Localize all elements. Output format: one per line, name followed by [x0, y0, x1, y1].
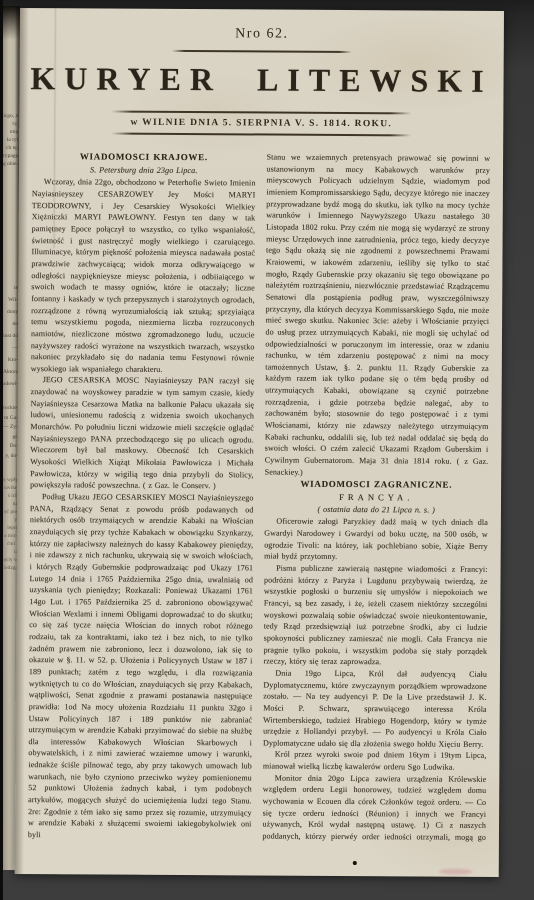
paper-stain	[439, 869, 473, 875]
spine-fragment: — Kto-	[3, 342, 18, 366]
article-paragraph: Wczoray, dnia 22go, obchodzono w Peterho…	[31, 176, 256, 376]
spine-fragment: a mic-	[3, 532, 18, 540]
spine-fragment: ę wpły	[3, 476, 18, 484]
section-header-domestic: WIADOMOSCI KRAJOWE.	[32, 151, 256, 164]
masthead: Nro 62. KURYER LITEWSKI w WILNIE DNIA 5.…	[19, 8, 504, 137]
spine-fragment: — Zy-	[3, 423, 18, 433]
spine-fragment: m Ga-	[3, 414, 18, 424]
right-column-paragraphs: Oficerowie załogi Paryzkiey dadź maią w …	[262, 516, 488, 845]
left-column: WIADOMOSCI KRAJOWE. S. Petersburg dnia 2…	[28, 150, 256, 843]
article-paragraph: Podług Ukazu JEGO CESARSKIEY MOSCI Nayia…	[28, 491, 254, 842]
spine-fragment: ioviła-	[3, 484, 18, 492]
article-paragraph: Monitor dnia 20go Lipca zawiera urządzen…	[262, 772, 486, 845]
spine-fragment: ruckiey	[3, 404, 18, 414]
article-dateline: S. Petersburg dnia 23go Lipca.	[32, 164, 256, 177]
spine-fragment: y, lepie	[3, 516, 18, 532]
spine-fragment: go Do-	[3, 433, 18, 452]
ink-dot	[353, 861, 357, 865]
edition-dateline: w WILNIE DNIA 5. SIERPNIA V. S. 1814. RO…	[19, 117, 503, 130]
newspaper-title: KURYER LITEWSKI	[19, 60, 503, 100]
date-note: ( ostatnia data do 21 Lipca n. s. )	[264, 503, 488, 516]
article-paragraph: JEGO CESARSKA MOSC Nayiaśnieyszy PAN rac…	[30, 375, 254, 493]
article-paragraph: Pisma publiczne zawieraią następne wiado…	[263, 562, 487, 668]
spine-text-fragments: icgo, ary, mięła tylch tę,rypagęg obie.	[3, 112, 20, 168]
spine-fragment: icgo, a	[3, 112, 18, 120]
article-columns: WIADOMOSCI KRAJOWE. S. Petersburg dnia 2…	[15, 150, 503, 845]
continuation-paragraph: Stanu we wzaiemnych pretensyach prawować…	[265, 152, 490, 480]
section-header-foreign: WIADOMOSCI ZAGRANICZNE.	[265, 479, 489, 492]
spine-fragment: ęć pos	[3, 508, 18, 516]
spine-fragment: ła tyl	[3, 136, 18, 144]
divider-rule	[172, 50, 352, 53]
spine-fragment: adowi-	[3, 378, 18, 390]
right-column: Stanu we wzaiemnych pretensyach prawować…	[262, 152, 490, 845]
spine-fragment: ie Wil-	[3, 282, 18, 306]
spine-fragment: y, do-	[3, 452, 18, 462]
spine-fragment: Aktora	[3, 366, 18, 378]
spine-fragment: inst do	[3, 330, 18, 342]
spine-fragment: ch tę,	[3, 144, 18, 152]
spine-fragment: ś ich na	[3, 492, 18, 508]
spine-fragment: dony do	[3, 306, 18, 330]
newspaper-page: Nro 62. KURYER LITEWSKI w WILNIE DNIA 5.…	[15, 8, 504, 877]
spine-fragment: g obie.	[3, 160, 18, 168]
article-paragraph: Król przez wyroki swoie pod dniem 16tym …	[263, 749, 487, 774]
spine-fragment: rypagę	[3, 152, 18, 160]
left-column-paragraphs: Wczoray, dnia 22go, obchodzono w Peterho…	[28, 176, 256, 842]
divider-rule	[111, 133, 411, 137]
issue-number: Nro 62.	[20, 25, 504, 44]
divider-rule	[111, 111, 411, 115]
article-paragraph: Oficerowie załogi Paryzkiey dadź maią w …	[264, 516, 488, 564]
scan-viewer-background: { "masthead": { "issue_number": "Nro 62.…	[0, 0, 534, 900]
spine-fragment: ry, mię	[3, 120, 18, 136]
article-paragraph: Dnia 19go Lipca, Król dał audyencyą Ciał…	[263, 667, 487, 750]
